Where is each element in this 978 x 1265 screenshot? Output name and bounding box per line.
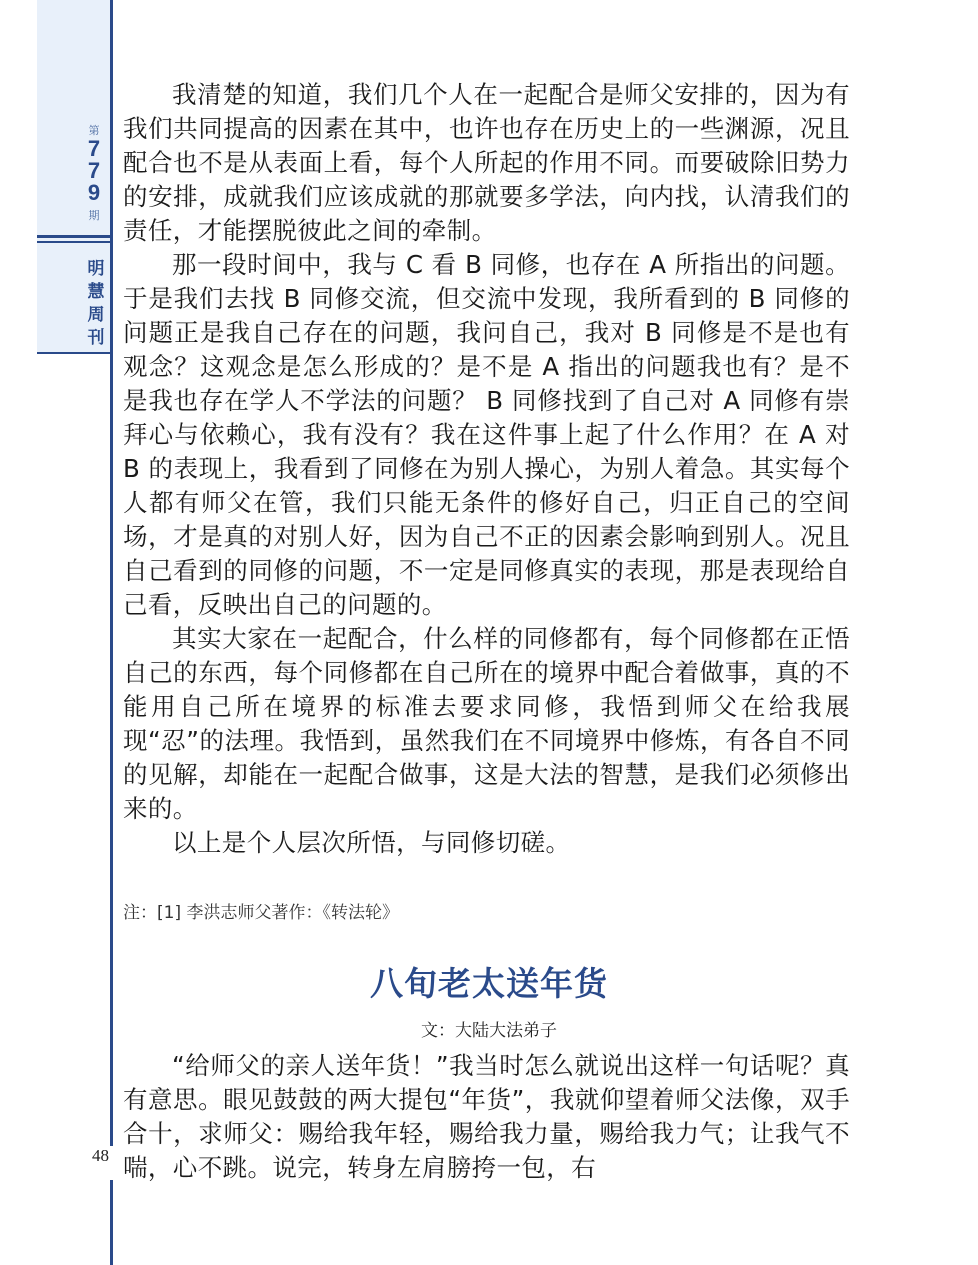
page-number: 48: [92, 1146, 109, 1166]
magazine-char: 慧: [83, 281, 109, 304]
article-title: 八旬老太送年货: [0, 958, 978, 1005]
paragraph: 以上是个人层次所悟，与同修切磋。: [123, 826, 850, 860]
issue-digit: 7: [80, 160, 108, 182]
paragraph: 我清楚的知道，我们几个人在一起配合是师父安排的，因为有我们共同提高的因素在其中，…: [123, 78, 850, 248]
magazine-name: 明 慧 周 刊: [83, 258, 109, 350]
issue-label: 第 7 7 9 期: [80, 124, 108, 224]
margin-rule-gap: [108, 1146, 116, 1180]
divider: [37, 235, 113, 238]
margin-rule: [110, 0, 113, 1265]
divider: [37, 241, 113, 243]
paragraph: 那一段时间中，我与 C 看 B 同修，也存在 A 所指出的问题。于是我们去找 B…: [123, 248, 850, 622]
article-body: 我清楚的知道，我们几个人在一起配合是师父安排的，因为有我们共同提高的因素在其中，…: [123, 78, 850, 860]
footnote: 注：[1] 李洪志师父著作：《转法轮》: [123, 898, 399, 923]
magazine-char: 刊: [83, 327, 109, 350]
paragraph: 其实大家在一起配合，什么样的同修都有，每个同修都在正悟自己的东西，每个同修都在自…: [123, 622, 850, 826]
issue-digit: 9: [80, 182, 108, 204]
issue-digit: 7: [80, 138, 108, 160]
magazine-char: 明: [83, 258, 109, 281]
article-body: “给师父的亲人送年货！”我当时怎么就说出这样一句话呢？真有意思。眼见鼓鼓的两大提…: [123, 1049, 850, 1185]
paragraph: “给师父的亲人送年货！”我当时怎么就说出这样一句话呢？真有意思。眼见鼓鼓的两大提…: [123, 1049, 850, 1185]
byline: 文：大陆大法弟子: [0, 1016, 978, 1041]
issue-suffix: 期: [80, 208, 108, 224]
magazine-char: 周: [83, 304, 109, 327]
divider: [37, 352, 113, 354]
